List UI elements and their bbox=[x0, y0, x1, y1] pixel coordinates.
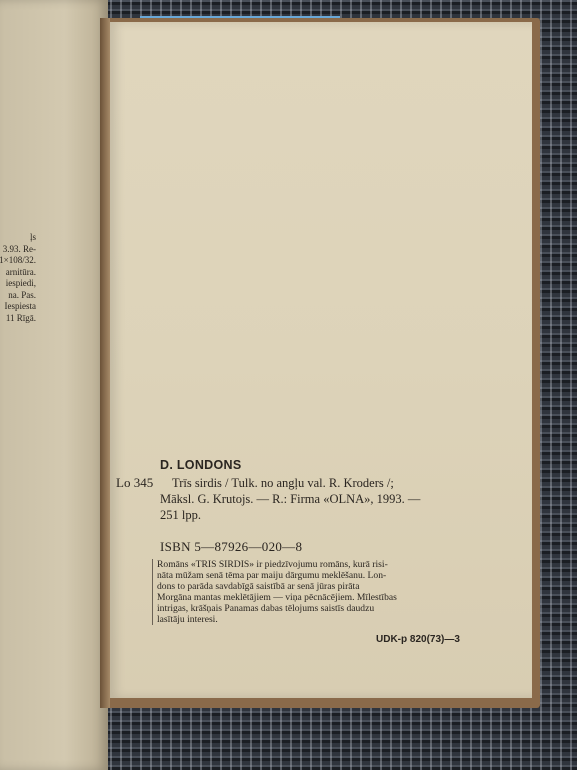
annotation-line: nāta mūžam senā tēma par maiju dārgumu m… bbox=[157, 570, 443, 581]
fragment-line: iespiedi, bbox=[0, 278, 36, 290]
annotation-line: Morgāna mantas meklētājiem — viņa pēcnāc… bbox=[157, 592, 443, 603]
isbn: ISBN 5—87926—020—8 bbox=[160, 539, 302, 555]
annotation-line: intrigas, krāšņais Panamas dabas tēlojum… bbox=[157, 603, 443, 614]
fragment-line: 11 Rīgā. bbox=[0, 313, 36, 325]
left-page: ļs 3.93. Re- 1×108/32. arnitūra. iespied… bbox=[0, 0, 108, 770]
author-heading: D. LONDONS bbox=[160, 458, 241, 472]
left-page-text-fragment: ļs 3.93. Re- 1×108/32. arnitūra. iespied… bbox=[0, 232, 36, 324]
biblio-line: Trīs sirdis / Tulk. no angļu val. R. Kro… bbox=[160, 475, 490, 491]
annotation-line: lasītāju interesi. bbox=[157, 614, 443, 625]
catalog-entry: D. LONDONS Lo 345 Trīs sirdis / Tulk. no… bbox=[108, 22, 532, 698]
fragment-line: 3.93. Re- bbox=[0, 244, 36, 256]
fragment-line: Iespiesta bbox=[0, 301, 36, 313]
fragment-line: ļs bbox=[0, 232, 36, 244]
annotation-line: Romāns «TRIS SIRDIS» ir piedzīvojumu rom… bbox=[157, 559, 443, 570]
udk-classification: UDK-p 820(73)—3 bbox=[376, 634, 460, 645]
catalog-code: Lo 345 bbox=[116, 475, 153, 491]
fragment-line: 1×108/32. bbox=[0, 255, 36, 267]
biblio-line: 251 lpp. bbox=[160, 507, 490, 523]
annotation-line: dons to parāda savdabīgā saistībā ar sen… bbox=[157, 581, 443, 592]
right-page: D. LONDONS Lo 345 Trīs sirdis / Tulk. no… bbox=[108, 22, 532, 698]
fragment-line: arnitūra. bbox=[0, 267, 36, 279]
bibliographic-description: Trīs sirdis / Tulk. no angļu val. R. Kro… bbox=[160, 475, 490, 523]
annotation: Romāns «TRIS SIRDIS» ir piedzīvojumu rom… bbox=[152, 559, 443, 625]
biblio-line: Māksl. G. Krutojs. — R.: Firma «OLNA», 1… bbox=[160, 491, 490, 507]
fragment-line: na. Pas. bbox=[0, 290, 36, 302]
book-gutter bbox=[100, 18, 110, 708]
